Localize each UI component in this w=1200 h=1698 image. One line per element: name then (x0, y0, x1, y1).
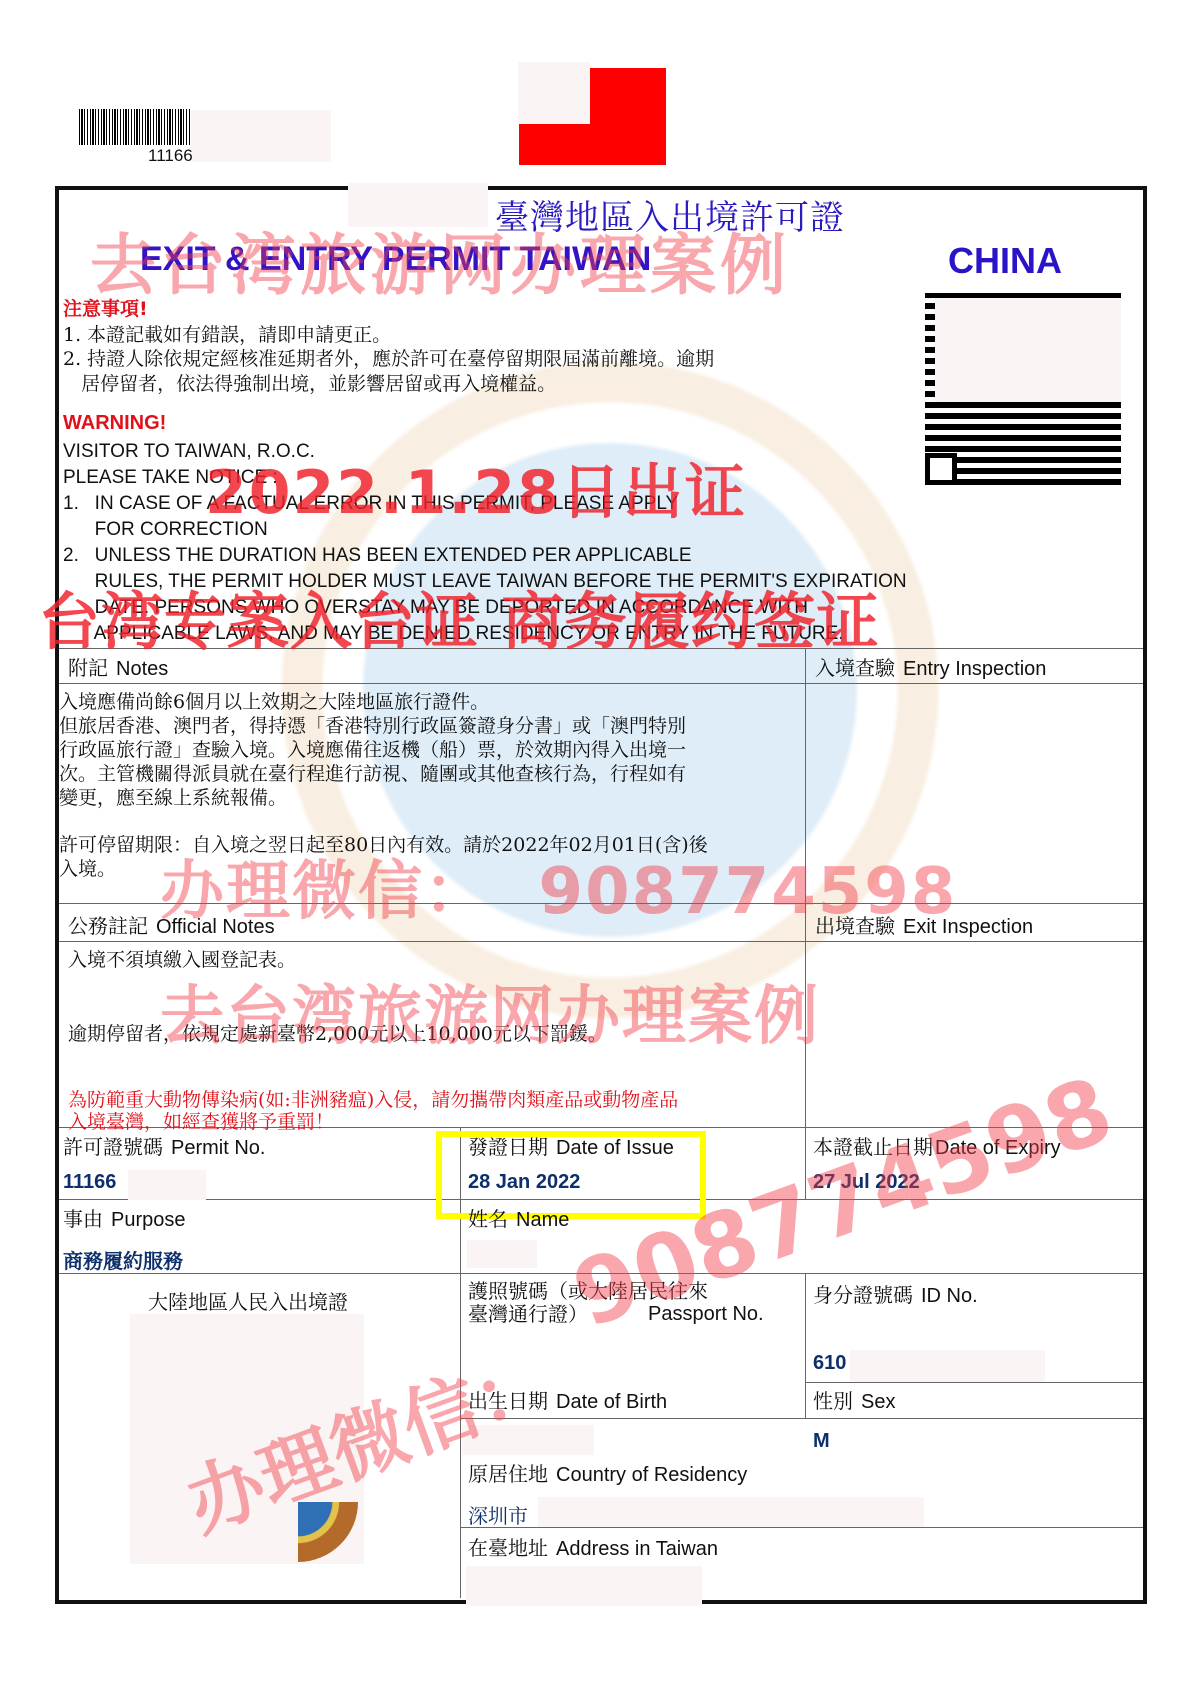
passport-no-label-cn: 護照號碼（或大陸居民往來 (468, 1279, 708, 1303)
notice-item: 2. 持證人除依規定經核准延期者外，應於許可在臺停留期限屆滿前離境。逾期 (63, 347, 714, 371)
redaction (850, 1350, 1045, 1382)
date-of-expiry-en: Date of Expiry (935, 1137, 1061, 1159)
official-note-line: 逾期停留者，依規定處新臺幣2,000元以上10,000元以下罰鍰。 (68, 1022, 607, 1046)
divider (805, 1273, 806, 1418)
redaction (538, 1497, 924, 1527)
permit-no-en: Permit No. (171, 1137, 265, 1159)
entry-inspection-label: 入境查驗Entry Inspection (815, 652, 1046, 681)
notice-heading: 注意事項! (63, 294, 148, 321)
notes-line: 入境應備尚餘6個月以上效期之大陸地區旅行證件。 (59, 690, 489, 714)
document-type: 大陸地區人民入出境證 (148, 1290, 348, 1314)
id-no-en: ID No. (921, 1285, 978, 1307)
dob-en: Date of Birth (556, 1391, 667, 1413)
redaction (466, 1566, 702, 1606)
address-en: Address in Taiwan (556, 1538, 718, 1560)
date-of-expiry-label: 本證截止日期Date of Expiry (813, 1131, 1061, 1160)
passport-no-label-cn: 臺灣通行證） (468, 1302, 588, 1326)
warning-line: PLEASE TAKE NOTICE : (63, 466, 278, 490)
redaction (348, 183, 488, 227)
animal-disease-warning: 為防範重大動物傳染病(如:非洲豬瘟)入侵，請勿攜帶肉類產品或動物產品 (68, 1088, 678, 1112)
id-no-cn: 身分證號碼 (813, 1283, 913, 1307)
redaction (462, 1425, 594, 1455)
qr-corner-icon (925, 453, 957, 485)
name-en: Name (516, 1209, 569, 1231)
address-label: 在臺地址Address in Taiwan (468, 1532, 718, 1561)
notes-label: 附記Notes (68, 652, 168, 681)
exit-inspection-label: 出境查驗Exit Inspection (815, 910, 1033, 939)
id-no-label: 身分證號碼ID No. (813, 1279, 978, 1308)
official-notes-en: Official Notes (156, 916, 275, 938)
entry-inspection-en: Entry Inspection (903, 658, 1046, 680)
stay-period-line: 許可停留期限：自入境之翌日起至80日內有效。請於2022年02月01日(含)後 (59, 833, 708, 857)
divider (59, 1273, 1143, 1274)
notes-line: 但旅居香港、澳門者，得持憑「香港特別行政區簽證身分書」或「澳門特別 (59, 714, 686, 738)
divider (59, 648, 1143, 649)
name-label: 姓名Name (468, 1203, 569, 1232)
notes-label-cn: 附記 (68, 656, 108, 680)
passport-no-label-en: Passport No. (648, 1302, 764, 1326)
notes-line: 次。主管機關得派員就在臺行程進行訪視、隨團或其他查核行為，行程如有 (59, 762, 686, 786)
notes-line: 變更，應至線上系統報備。 (59, 786, 287, 810)
exit-inspection-cn: 出境查驗 (815, 914, 895, 938)
warning-line: APPLICABLE LAWS, AND MAY BE DENIED RESID… (63, 622, 844, 646)
exit-inspection-en: Exit Inspection (903, 916, 1033, 938)
title-english: EXIT & ENTRY PERMIT TAIWAN (140, 240, 651, 279)
divider (805, 648, 806, 1128)
permit-no-cn: 許可證號碼 (63, 1135, 163, 1159)
sex-value: M (813, 1430, 830, 1453)
divider (460, 1527, 1143, 1528)
residency-label: 原居住地Country of Residency (468, 1458, 747, 1487)
permit-no-value: 11166 (63, 1171, 116, 1194)
divider (460, 1418, 1143, 1419)
warning-line: 1. IN CASE OF A FACTUAL ERROR IN THIS PE… (63, 492, 678, 516)
notes-line: 行政區旅行證」查驗入境。入境應備往返機（船）票，於效期內得入出境一 (59, 738, 686, 762)
redaction (467, 1240, 537, 1268)
purpose-en: Purpose (111, 1209, 186, 1231)
warning-line: 2. UNLESS THE DURATION HAS BEEN EXTENDED… (63, 544, 692, 568)
country-label: CHINA (948, 240, 1062, 282)
redaction (518, 62, 590, 124)
official-notes-label: 公務註記Official Notes (68, 910, 275, 939)
barcode-number: 11166 (148, 146, 193, 166)
date-of-expiry-value: 27 Jul 2022 (813, 1171, 920, 1194)
divider (805, 1127, 806, 1199)
id-no-value: 610 (813, 1352, 846, 1375)
divider (59, 683, 1143, 684)
name-cn: 姓名 (468, 1207, 508, 1231)
warning-line: VISITOR TO TAIWAN, R.O.C. (63, 440, 315, 464)
notes-label-en: Notes (116, 658, 168, 680)
permit-no-label: 許可證號碼Permit No. (63, 1131, 265, 1160)
redaction (191, 110, 331, 162)
dob-label: 出生日期Date of Birth (468, 1385, 667, 1414)
warning-line: FOR CORRECTION (63, 518, 268, 542)
residency-cn: 原居住地 (468, 1462, 548, 1486)
purpose-cn: 事由 (63, 1207, 103, 1231)
address-cn: 在臺地址 (468, 1536, 548, 1560)
official-note-line: 入境不須填繳入國登記表。 (68, 948, 296, 972)
notice-item: 居停留者，依法得強制出境，並影響居留或再入境權益。 (63, 372, 556, 396)
divider (59, 941, 1143, 942)
dob-cn: 出生日期 (468, 1389, 548, 1413)
residency-en: Country of Residency (556, 1464, 747, 1486)
title-chinese: 臺灣地區入出境許可證 (495, 190, 845, 239)
warning-heading: WARNING! (63, 412, 166, 435)
divider (805, 1382, 1143, 1383)
sex-en: Sex (861, 1391, 895, 1413)
notice-item: 1. 本證記載如有錯誤，請即申請更正。 (63, 323, 391, 347)
redaction (935, 298, 1121, 402)
divider (59, 903, 1143, 904)
warning-line: DATE. PERSONS WHO OVERSTAY MAY BE DEPORT… (63, 596, 808, 620)
entry-inspection-cn: 入境查驗 (815, 656, 895, 680)
redaction (128, 1170, 206, 1200)
stay-period-line: 入境。 (59, 857, 116, 881)
purpose-value: 商務履約服務 (63, 1245, 183, 1274)
sex-label: 性別Sex (813, 1385, 895, 1414)
barcode (79, 109, 191, 145)
warning-line: RULES, THE PERMIT HOLDER MUST LEAVE TAIW… (63, 570, 907, 594)
sex-cn: 性別 (813, 1389, 853, 1413)
official-notes-cn: 公務註記 (68, 914, 148, 938)
purpose-label: 事由Purpose (63, 1203, 186, 1232)
residency-value: 深圳市 (468, 1500, 528, 1529)
date-of-expiry-cn: 本證截止日期 (813, 1135, 933, 1159)
